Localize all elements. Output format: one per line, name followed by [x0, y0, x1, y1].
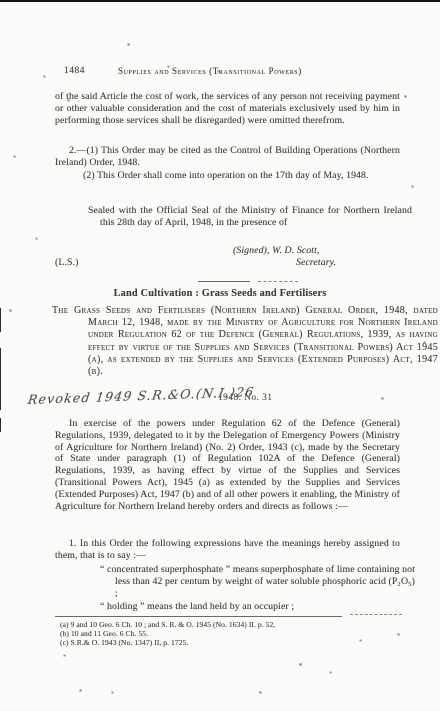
article-1-paragraph: 1. In this Order the following expressio… [55, 538, 400, 562]
scanned-document-page: 1484 Supplies and Services (Transitional… [0, 0, 440, 711]
secretary-line: Secretary. [296, 257, 336, 269]
sealed-paragraph: Sealed with the Official Seal of the Min… [88, 205, 412, 229]
ls-mark: (L.S.) [55, 257, 78, 269]
intro-paragraph: of the said Article the cost of work, th… [55, 91, 400, 126]
separator-rule [198, 281, 250, 282]
footnote-rule-dashes [350, 614, 402, 615]
clause-2-1: 2.—(1) This Order may be cited as the Co… [55, 145, 400, 169]
running-title: Supplies and Services (Transitional Powe… [118, 66, 302, 78]
page-number: 1484 [64, 66, 85, 78]
definition-holding: “ holding ” means the land held by an oc… [100, 601, 415, 613]
order-number: 1948. No. 31 [218, 393, 272, 405]
exercise-of-powers-paragraph: In exercise of the powers under Regulati… [55, 418, 400, 512]
definition-concentrated-superphosphate: “ concentrated superphosphate ” means su… [100, 564, 415, 599]
clause-2-2: (2) This Order shall come into operation… [55, 170, 400, 182]
scan-left-edge [0, 348, 1, 410]
footnote-rule [55, 616, 342, 617]
scan-top-edge [0, 0, 440, 2]
footnote-c: (c) S.R.& O. 1943 (No. 1347) II, p. 1725… [60, 638, 400, 648]
order-title-paragraph: The Grass Seeds and Fertilisers (Norther… [52, 305, 438, 378]
scan-noise-specks [0, 0, 1, 1]
separator-rule-dashes [258, 281, 298, 282]
scan-left-edge [0, 418, 1, 432]
section-heading: Land Cultivation : Grass Seeds and Ferti… [0, 288, 440, 300]
signed-line: (Signed), W. D. Scott, [233, 245, 403, 257]
scan-left-edge [0, 308, 1, 332]
